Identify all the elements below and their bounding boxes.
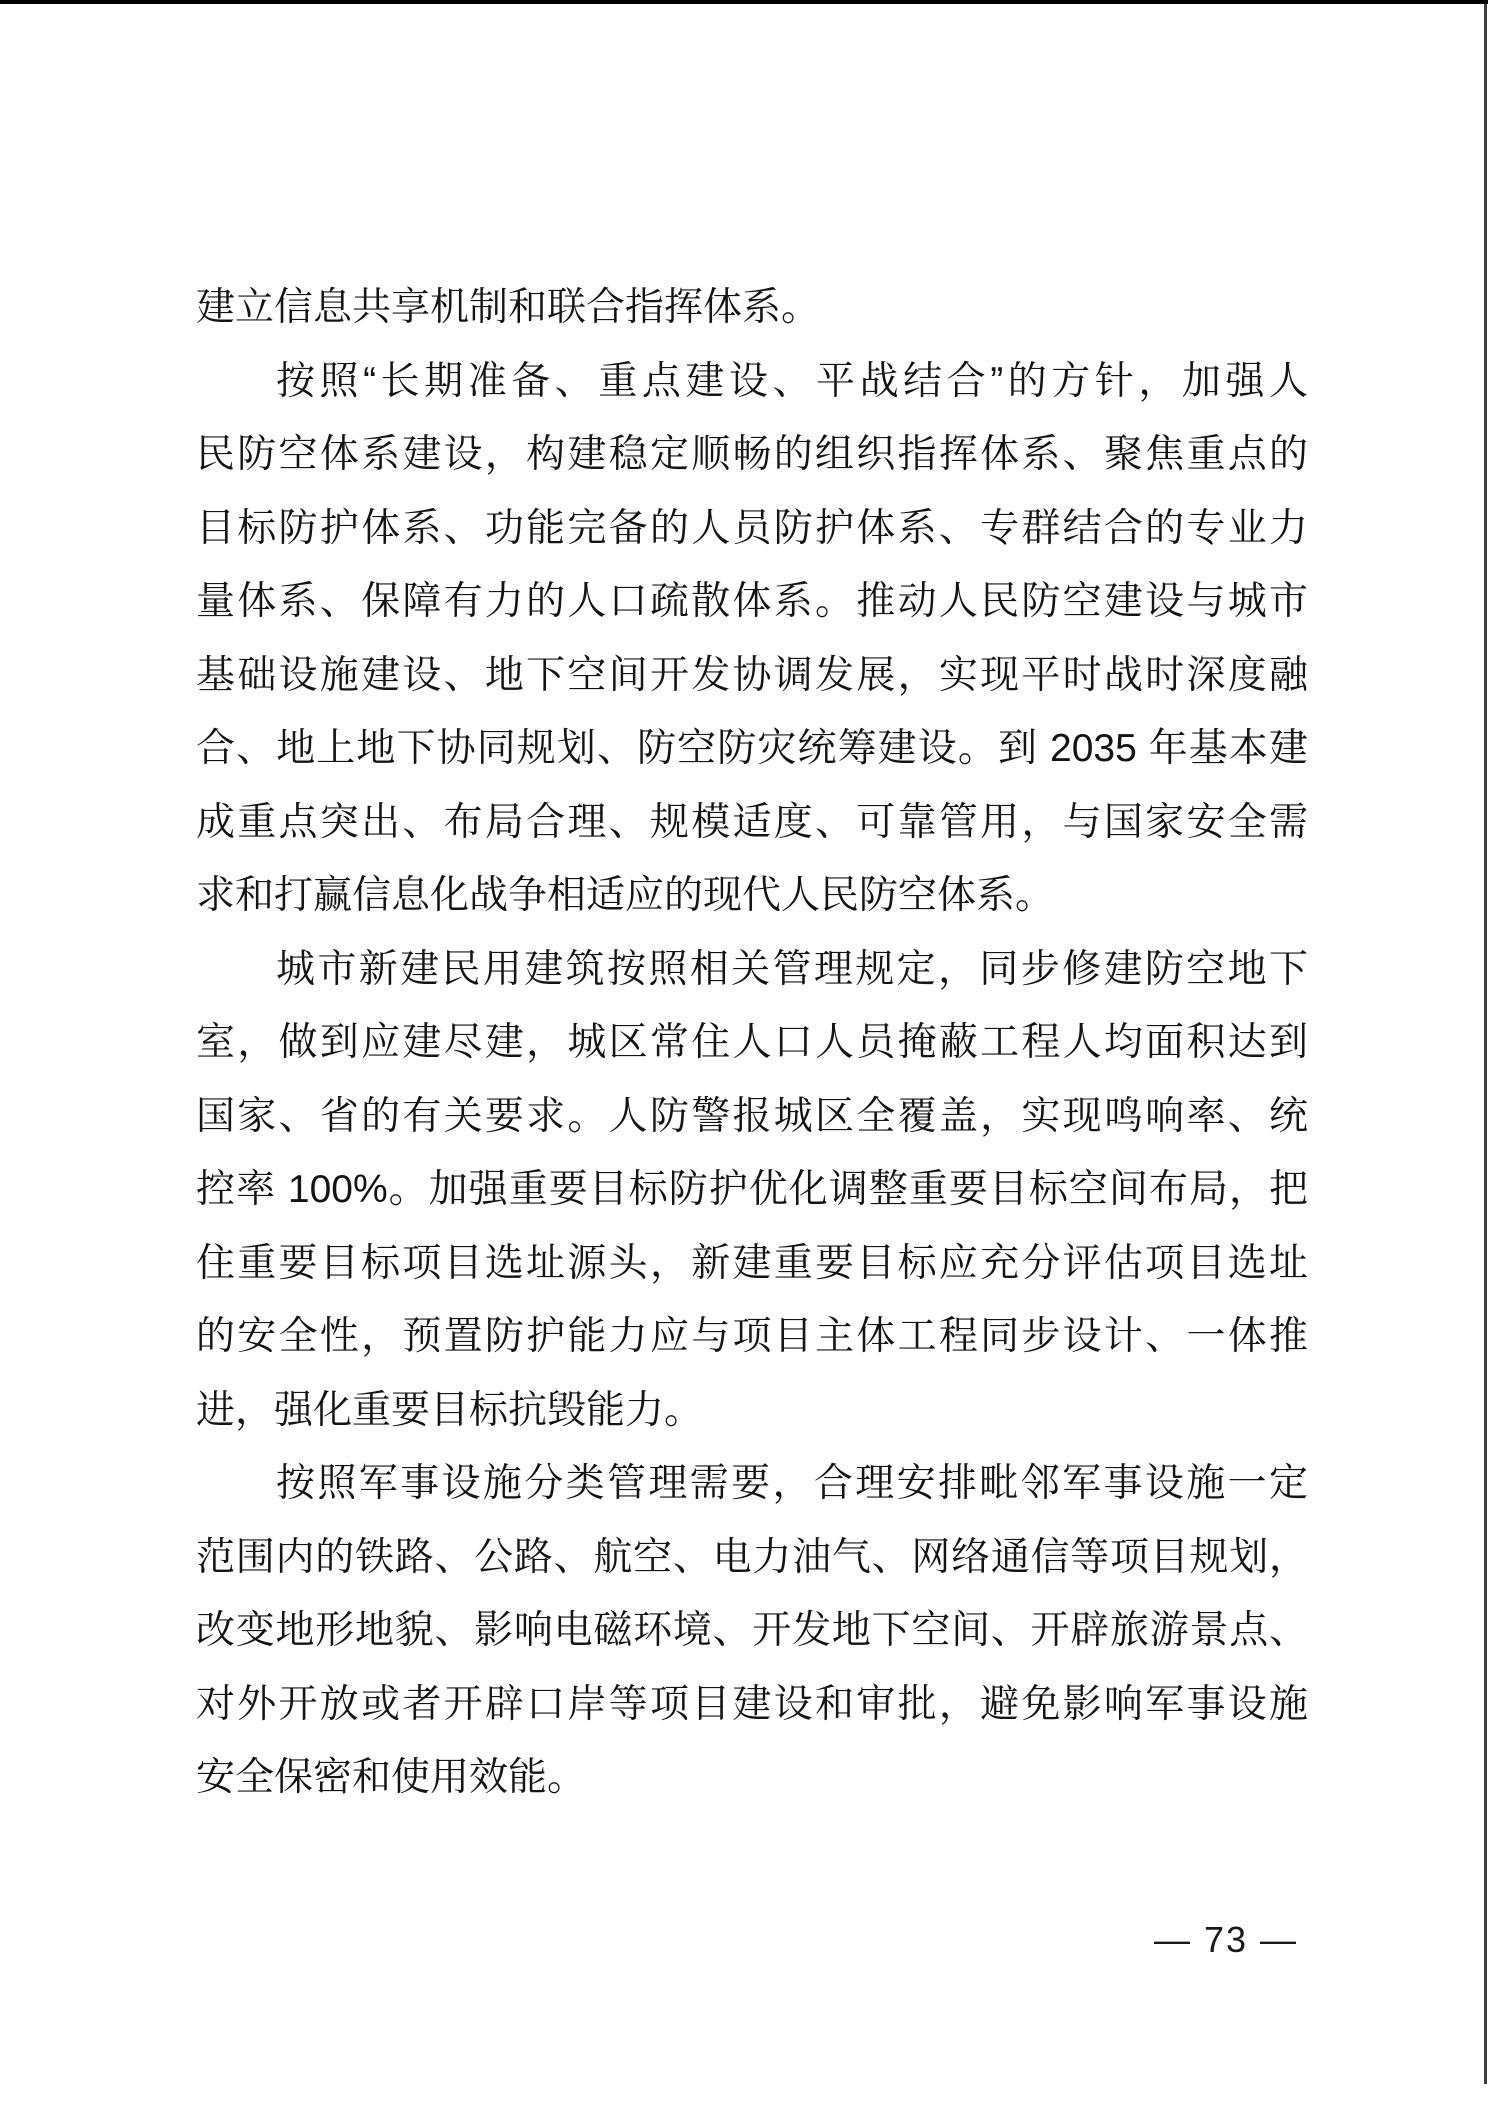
right-scan-edge	[1484, 4, 1487, 2084]
text-line: 国家、省的有关要求。人防警报城区全覆盖，实现鸣响率、统	[196, 1080, 1308, 1154]
text-line: 目标防护体系、功能完备的人员防护体系、专群结合的专业力	[196, 492, 1308, 566]
document-page: 建立信息共享机制和联合指挥体系。 按照“长期准备、重点建设、平战结合”的方针，加…	[0, 0, 1488, 2104]
text-line: 城市新建民用建筑按照相关管理规定，同步修建防空地下	[196, 933, 1308, 1007]
text-line: 基础设施建设、地下空间开发协调发展，实现平时战时深度融	[196, 639, 1308, 713]
body-text: 建立信息共享机制和联合指挥体系。 按照“长期准备、重点建设、平战结合”的方针，加…	[196, 271, 1308, 1815]
text-line: 成重点突出、布局合理、规模适度、可靠管用，与国家安全需	[196, 786, 1308, 860]
text-line: 建立信息共享机制和联合指挥体系。	[196, 271, 1308, 345]
text-line: 的安全性，预置防护能力应与项目主体工程同步设计、一体推	[196, 1300, 1308, 1374]
text-line: 范围内的铁路、公路、航空、电力油气、网络通信等项目规划，	[196, 1521, 1308, 1595]
top-scan-edge	[0, 0, 1488, 4]
text-line: 按照军事设施分类管理需要，合理安排毗邻军事设施一定	[196, 1447, 1308, 1521]
text-line: 量体系、保障有力的人口疏散体系。推动人民防空建设与城市	[196, 565, 1308, 639]
text-line: 进，强化重要目标抗毁能力。	[196, 1374, 1308, 1448]
text-line: 住重要目标项目选址源头，新建重要目标应充分评估项目选址	[196, 1227, 1308, 1301]
text-line: 合、地上地下协同规划、防空防灾统筹建设。到 2035 年基本建	[196, 712, 1308, 786]
text-line: 按照“长期准备、重点建设、平战结合”的方针，加强人	[196, 345, 1308, 419]
page-number: — 73 —	[1154, 1920, 1298, 1960]
text-line: 安全保密和使用效能。	[196, 1741, 1308, 1815]
text-line: 控率 100%。加强重要目标防护优化调整重要目标空间布局，把	[196, 1153, 1308, 1227]
text-line: 对外开放或者开辟口岸等项目建设和审批，避免影响军事设施	[196, 1668, 1308, 1742]
text-line: 改变地形地貌、影响电磁环境、开发地下空间、开辟旅游景点、	[196, 1594, 1308, 1668]
text-line: 民防空体系建设，构建稳定顺畅的组织指挥体系、聚焦重点的	[196, 418, 1308, 492]
text-line: 求和打赢信息化战争相适应的现代人民防空体系。	[196, 859, 1308, 933]
text-line: 室，做到应建尽建，城区常住人口人员掩蔽工程人均面积达到	[196, 1006, 1308, 1080]
